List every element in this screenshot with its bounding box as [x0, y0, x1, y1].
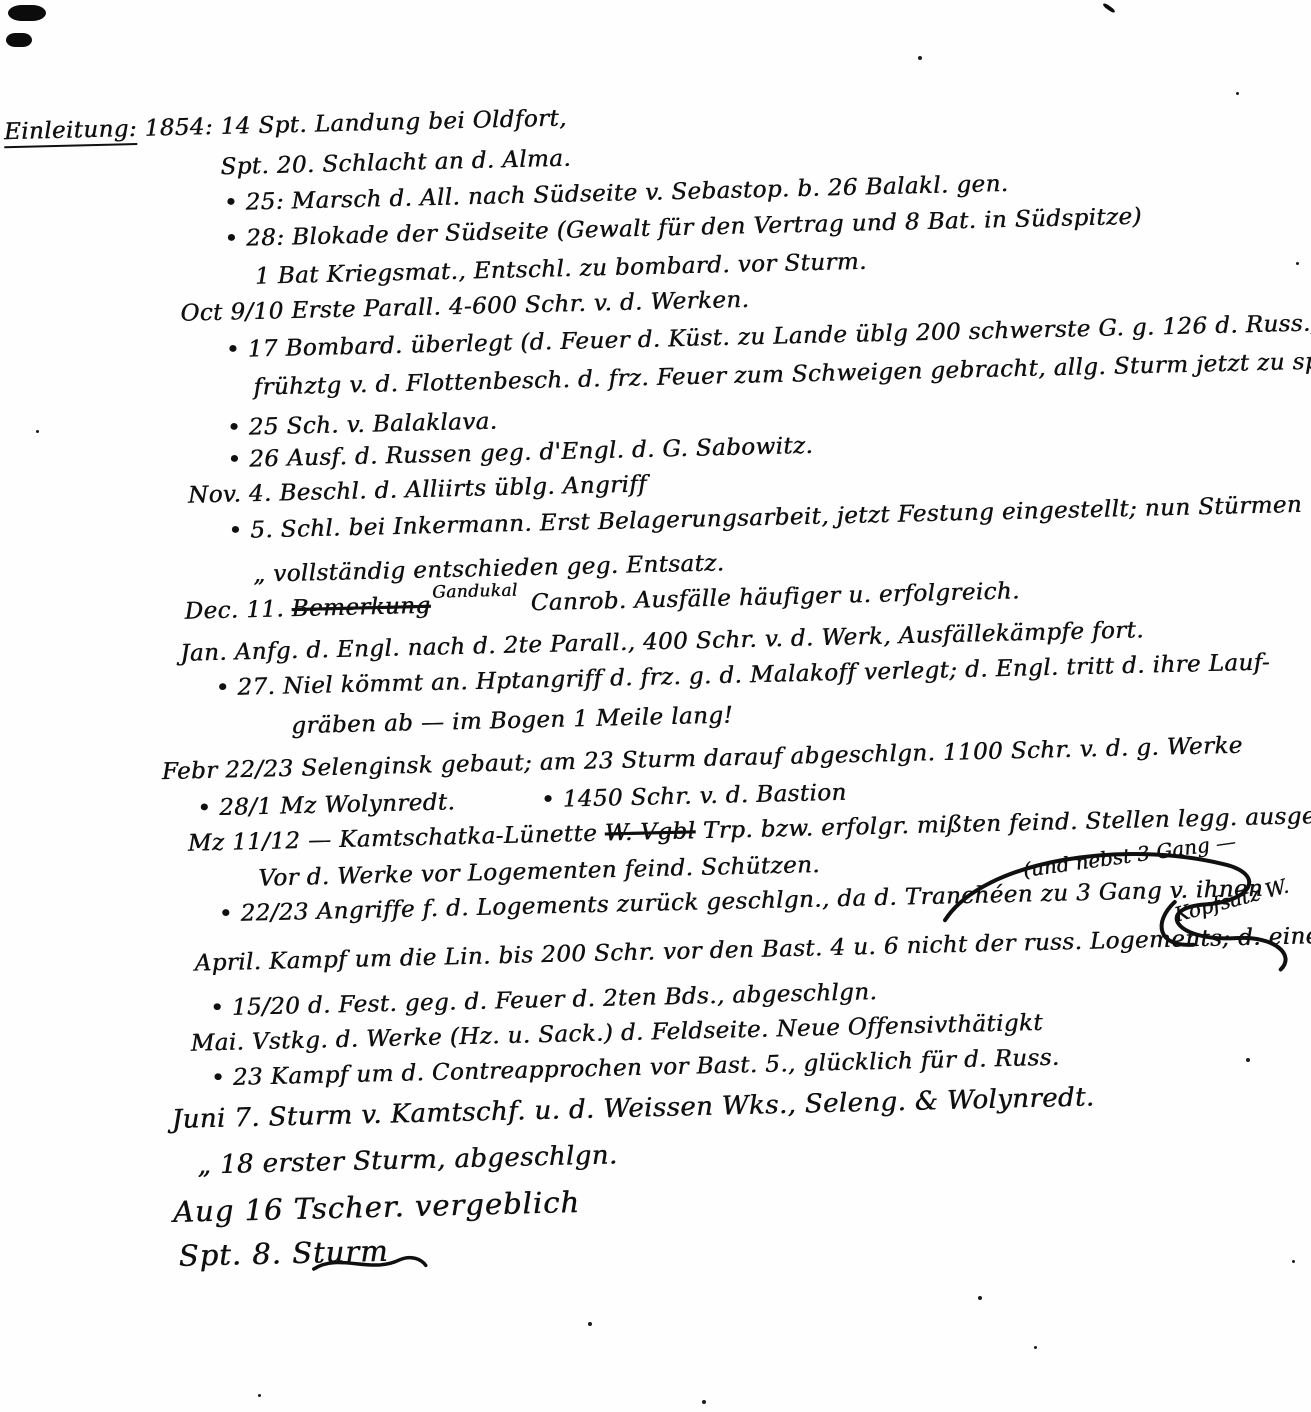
manuscript-line: Juni 7. Sturm v. Kamtschf. u. d. Weissen…	[171, 1082, 1094, 1135]
manuscript-line: • 15/20 d. Fest. geg. d. Feuer d. 2ten B…	[210, 979, 877, 1021]
manuscript-line-split: • 28/1 Mz Wolynredt.• 1450 Schr. v. d. B…	[197, 780, 847, 822]
heading-line: Einleitung: 1854: 14 Spt. Landung bei Ol…	[4, 105, 567, 145]
manuscript-line: Aug 16 Tscher. vergeblich	[173, 1185, 581, 1229]
struck-word: Bemerkung	[291, 593, 430, 622]
scan-speck	[36, 430, 39, 433]
manuscript-page: Einleitung: 1854: 14 Spt. Landung bei Ol…	[0, 0, 1311, 1412]
scan-speck	[978, 1296, 982, 1300]
scan-speck	[1236, 92, 1239, 95]
manuscript-text-block: Einleitung: 1854: 14 Spt. Landung bei Ol…	[0, 0, 1311, 1412]
manuscript-line: Spt. 20. Schlacht an d. Alma.	[220, 146, 571, 181]
scan-speck	[588, 1322, 592, 1326]
scan-speck	[258, 1394, 261, 1397]
heading-underlined-word: Einleitung:	[4, 116, 138, 148]
manuscript-line: Febr 22/23 Selenginsk gebaut; am 23 Stur…	[162, 733, 1243, 785]
interlinear-correction: Gandukal	[432, 581, 518, 603]
scan-speck	[1292, 1260, 1295, 1263]
pen-flourish	[310, 1247, 430, 1279]
manuscript-line: Oct 9/10 Erste Parall. 4-600 Schr. v. d.…	[180, 287, 749, 327]
manuscript-line: Nov. 4. Beschl. d. Alliirts üblg. Angrif…	[188, 471, 647, 508]
scan-speck	[702, 1400, 706, 1404]
line-gap	[455, 807, 541, 809]
scan-speck	[1034, 1346, 1037, 1349]
manuscript-line: Vor d. Werke vor Logementen feind. Schüt…	[258, 852, 820, 892]
scan-speck	[1246, 1058, 1250, 1062]
manuscript-line: gräben ab — im Bogen 1 Meile lang!	[291, 702, 733, 739]
struck-word: W. Vgbl	[604, 818, 695, 846]
manuscript-line: • 25 Sch. v. Balaklava.	[227, 409, 498, 442]
manuscript-line: 1 Bat Kriegsmat., Entschl. zu bombard. v…	[255, 249, 867, 290]
heading-rest: 1854: 14 Spt. Landung bei Oldfort,	[144, 105, 567, 141]
scan-speck	[918, 56, 922, 60]
pen-flourish	[924, 845, 1306, 980]
scan-speck	[1296, 262, 1299, 265]
manuscript-line: „ 18 erster Sturm, abgeschlgn.	[197, 1140, 618, 1180]
